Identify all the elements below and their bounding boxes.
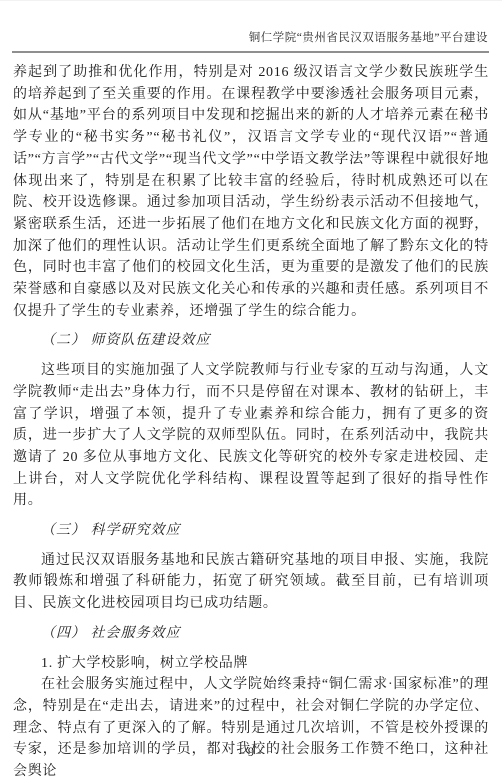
- section-heading-4: （四） 社会服务效应: [13, 623, 489, 645]
- paragraph-social-service: 在社会服务实施过程中，人文学院始终秉持“铜仁需求·国家标准”的理念，特别是在“走…: [13, 674, 489, 779]
- document-body: 养起到了助推和优化作用，特别是对 2016 级汉语言文学少数民族班学生的培养起到…: [13, 62, 489, 779]
- paragraph-continued: 养起到了助推和优化作用，特别是对 2016 级汉语言文学少数民族班学生的培养起到…: [13, 62, 489, 322]
- subsection-heading-4-1: 1. 扩大学校影响，树立学校品牌: [13, 653, 489, 675]
- section-heading-2: （二） 师资队伍建设效应: [13, 330, 489, 352]
- paragraph-teacher-effect: 这些项目的实施加强了人文学院教师与行业专家的互动与沟通，人文学院教师“走出去”身…: [13, 360, 489, 512]
- page-number: - 9 -: [241, 745, 262, 759]
- page-footer: - 9 -: [0, 745, 502, 760]
- paragraph-research-effect: 通过民汉双语服务基地和民族古籍研究基地的项目申报、实施，我院教师锻炼和增强了科研…: [13, 550, 489, 615]
- running-header: 铜仁学院“贵州省民汉双语服务基地”平台建设: [249, 29, 488, 45]
- header-divider: [12, 51, 489, 53]
- document-page: 铜仁学院“贵州省民汉双语服务基地”平台建设 养起到了助推和优化作用，特别是对 2…: [0, 0, 502, 779]
- section-heading-3: （三） 科学研究效应: [13, 520, 489, 542]
